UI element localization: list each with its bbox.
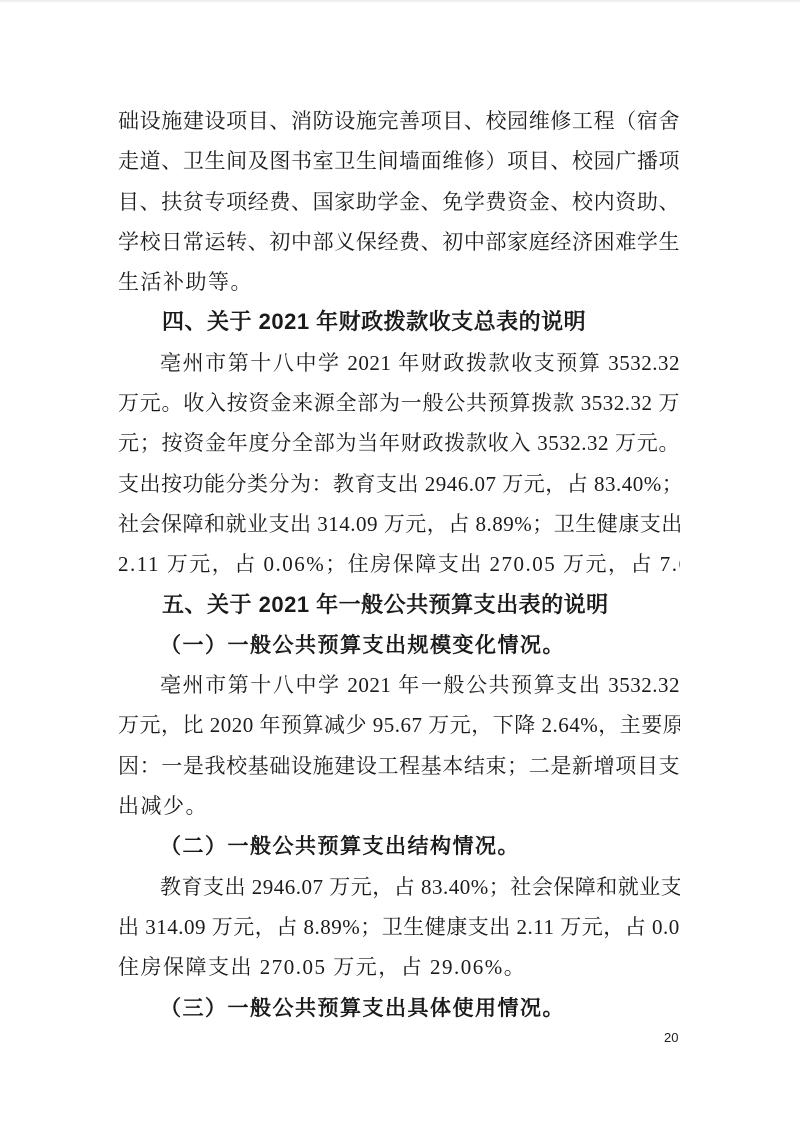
- paragraph-line: 教育支出 2946.07 万元，占 83.40%；社会保障和就业支: [118, 867, 680, 907]
- paragraph-line: 2.11 万元，占 0.06%；住房保障支出 270.05 万元，占 7.65%…: [118, 544, 680, 584]
- page-top-edge: [0, 0, 800, 3]
- paragraph-line: 因：一是我校基础设施建设工程基本结束；二是新增项目支: [118, 746, 680, 786]
- paragraph-line: 亳州市第十八中学 2021 年财政拨款收支预算 3532.32: [118, 343, 680, 383]
- subsection-heading: （一）一般公共预算支出规模变化情况。: [118, 625, 680, 665]
- paragraph-line: 目、扶贫专项经费、国家助学金、免学费资金、校内资助、: [118, 182, 680, 222]
- document-page: 础设施建设项目、消防设施完善项目、校园维修工程（宿舍走道、卫生间及图书室卫生间墙…: [0, 0, 800, 1132]
- paragraph-line: 础设施建设项目、消防设施完善项目、校园维修工程（宿舍: [118, 101, 680, 141]
- document-content: 础设施建设项目、消防设施完善项目、校园维修工程（宿舍走道、卫生间及图书室卫生间墙…: [118, 101, 680, 1028]
- paragraph-line: 出减少。: [118, 786, 680, 826]
- paragraph-line: 住房保障支出 270.05 万元，占 29.06%。: [118, 947, 680, 987]
- subsection-heading: （三）一般公共预算支出具体使用情况。: [118, 988, 680, 1028]
- paragraph-line: 学校日常运转、初中部义保经费、初中部家庭经济困难学生: [118, 222, 680, 262]
- paragraph-line: 出 314.09 万元，占 8.89%；卫生健康支出 2.11 万元，占 0.0…: [118, 907, 680, 947]
- paragraph-line: 元；按资金年度分全部为当年财政拨款收入 3532.32 万元。: [118, 423, 680, 463]
- paragraph-line: 万元。收入按资金来源全部为一般公共预算拨款 3532.32 万: [118, 383, 680, 423]
- section-heading: 五、关于 2021 年一般公共预算支出表的说明: [118, 585, 680, 625]
- paragraph-line: 社会保障和就业支出 314.09 万元，占 8.89%；卫生健康支出: [118, 504, 680, 544]
- paragraph-line: 万元，比 2020 年预算减少 95.67 万元，下降 2.64%，主要原: [118, 705, 680, 745]
- paragraph-line: 走道、卫生间及图书室卫生间墙面维修）项目、校园广播项: [118, 141, 680, 181]
- section-heading: 四、关于 2021 年财政拨款收支总表的说明: [118, 302, 680, 342]
- paragraph-line: 支出按功能分类分为：教育支出 2946.07 万元，占 83.40%；: [118, 464, 680, 504]
- page-number: 20: [664, 1031, 678, 1044]
- subsection-heading: （二）一般公共预算支出结构情况。: [118, 826, 680, 866]
- paragraph-line: 亳州市第十八中学 2021 年一般公共预算支出 3532.32: [118, 665, 680, 705]
- paragraph-line: 生活补助等。: [118, 262, 680, 302]
